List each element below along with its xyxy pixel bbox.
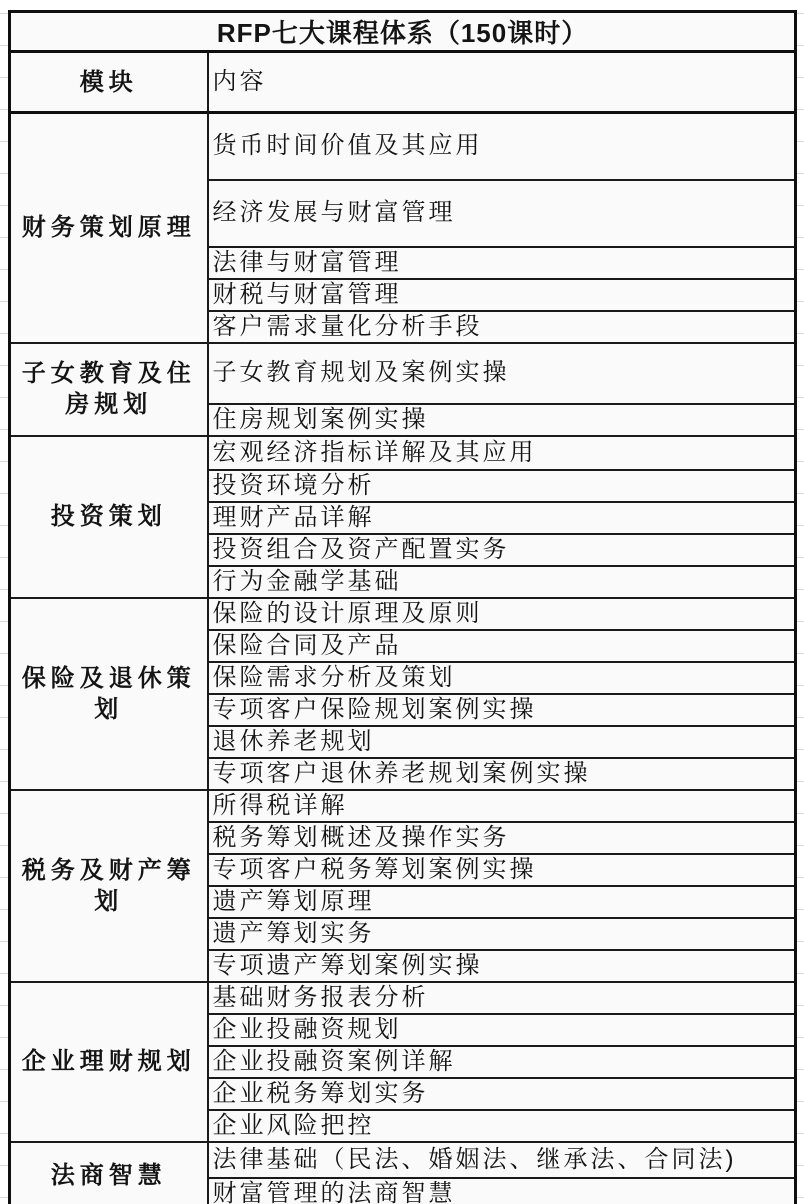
content-cell: 法律基础（民法、婚姻法、继承法、合同法) [208, 1142, 796, 1178]
content-cell: 财税与财富管理 [208, 279, 796, 311]
content-cell: 企业税务筹划实务 [208, 1078, 796, 1110]
module-cell-3: 投资策划 [10, 436, 208, 598]
table-row: 企业理财规划 基础财务报表分析 [10, 982, 796, 1014]
content-cell: 专项客户保险规划案例实操 [208, 694, 796, 726]
content-cell: 企业投融资规划 [208, 1014, 796, 1046]
title-row: RFP七大课程体系（150课时） [10, 12, 796, 52]
table-row: 投资策划 宏观经济指标详解及其应用 [10, 436, 796, 470]
content-cell: 专项遗产筹划案例实操 [208, 950, 796, 982]
content-cell: 企业投融资案例详解 [208, 1046, 796, 1078]
module-cell-2: 子女教育及住房规划 [10, 343, 208, 436]
course-table: RFP七大课程体系（150课时） 模块 内容 财务策划原理 货币时间价值及其应用… [8, 10, 797, 1204]
content-cell: 理财产品详解 [208, 502, 796, 534]
table-row: 法商智慧 法律基础（民法、婚姻法、继承法、合同法) [10, 1142, 796, 1178]
content-cell: 法律与财富管理 [208, 247, 796, 279]
content-cell: 保险需求分析及策划 [208, 662, 796, 694]
content-cell: 保险的设计原理及原则 [208, 598, 796, 630]
column-header-module: 模块 [10, 52, 208, 113]
content-cell: 经济发展与财富管理 [208, 180, 796, 247]
content-cell: 企业风险把控 [208, 1110, 796, 1142]
content-cell: 客户需求量化分析手段 [208, 311, 796, 343]
content-cell: 专项客户税务筹划案例实操 [208, 854, 796, 886]
table-row: 保险及退休策划 保险的设计原理及原则 [10, 598, 796, 630]
content-cell: 住房规划案例实操 [208, 404, 796, 436]
content-cell: 宏观经济指标详解及其应用 [208, 436, 796, 470]
table-title: RFP七大课程体系（150课时） [10, 12, 796, 52]
table-row: 税务及财产筹划 所得税详解 [10, 790, 796, 822]
column-header-content: 内容 [208, 52, 796, 113]
content-cell: 保险合同及产品 [208, 630, 796, 662]
content-cell: 所得税详解 [208, 790, 796, 822]
module-cell-4: 保险及退休策划 [10, 598, 208, 790]
content-cell: 税务筹划概述及操作实务 [208, 822, 796, 854]
content-cell: 遗产筹划原理 [208, 886, 796, 918]
content-cell: 财富管理的法商智慧 [208, 1178, 796, 1204]
module-cell-1: 财务策划原理 [10, 113, 208, 343]
content-cell: 子女教育规划及案例实操 [208, 343, 796, 404]
table-row: 财务策划原理 货币时间价值及其应用 [10, 113, 796, 180]
content-cell: 退休养老规划 [208, 726, 796, 758]
content-cell: 投资组合及资产配置实务 [208, 534, 796, 566]
content-cell: 货币时间价值及其应用 [208, 113, 796, 180]
content-cell: 专项客户退休养老规划案例实操 [208, 758, 796, 790]
header-row: 模块 内容 [10, 52, 796, 113]
module-cell-7: 法商智慧 [10, 1142, 208, 1204]
module-cell-5: 税务及财产筹划 [10, 790, 208, 982]
module-cell-6: 企业理财规划 [10, 982, 208, 1142]
content-cell: 投资环境分析 [208, 470, 796, 502]
table-row: 子女教育及住房规划 子女教育规划及案例实操 [10, 343, 796, 404]
content-cell: 遗产筹划实务 [208, 918, 796, 950]
content-cell: 行为金融学基础 [208, 566, 796, 598]
content-cell: 基础财务报表分析 [208, 982, 796, 1014]
